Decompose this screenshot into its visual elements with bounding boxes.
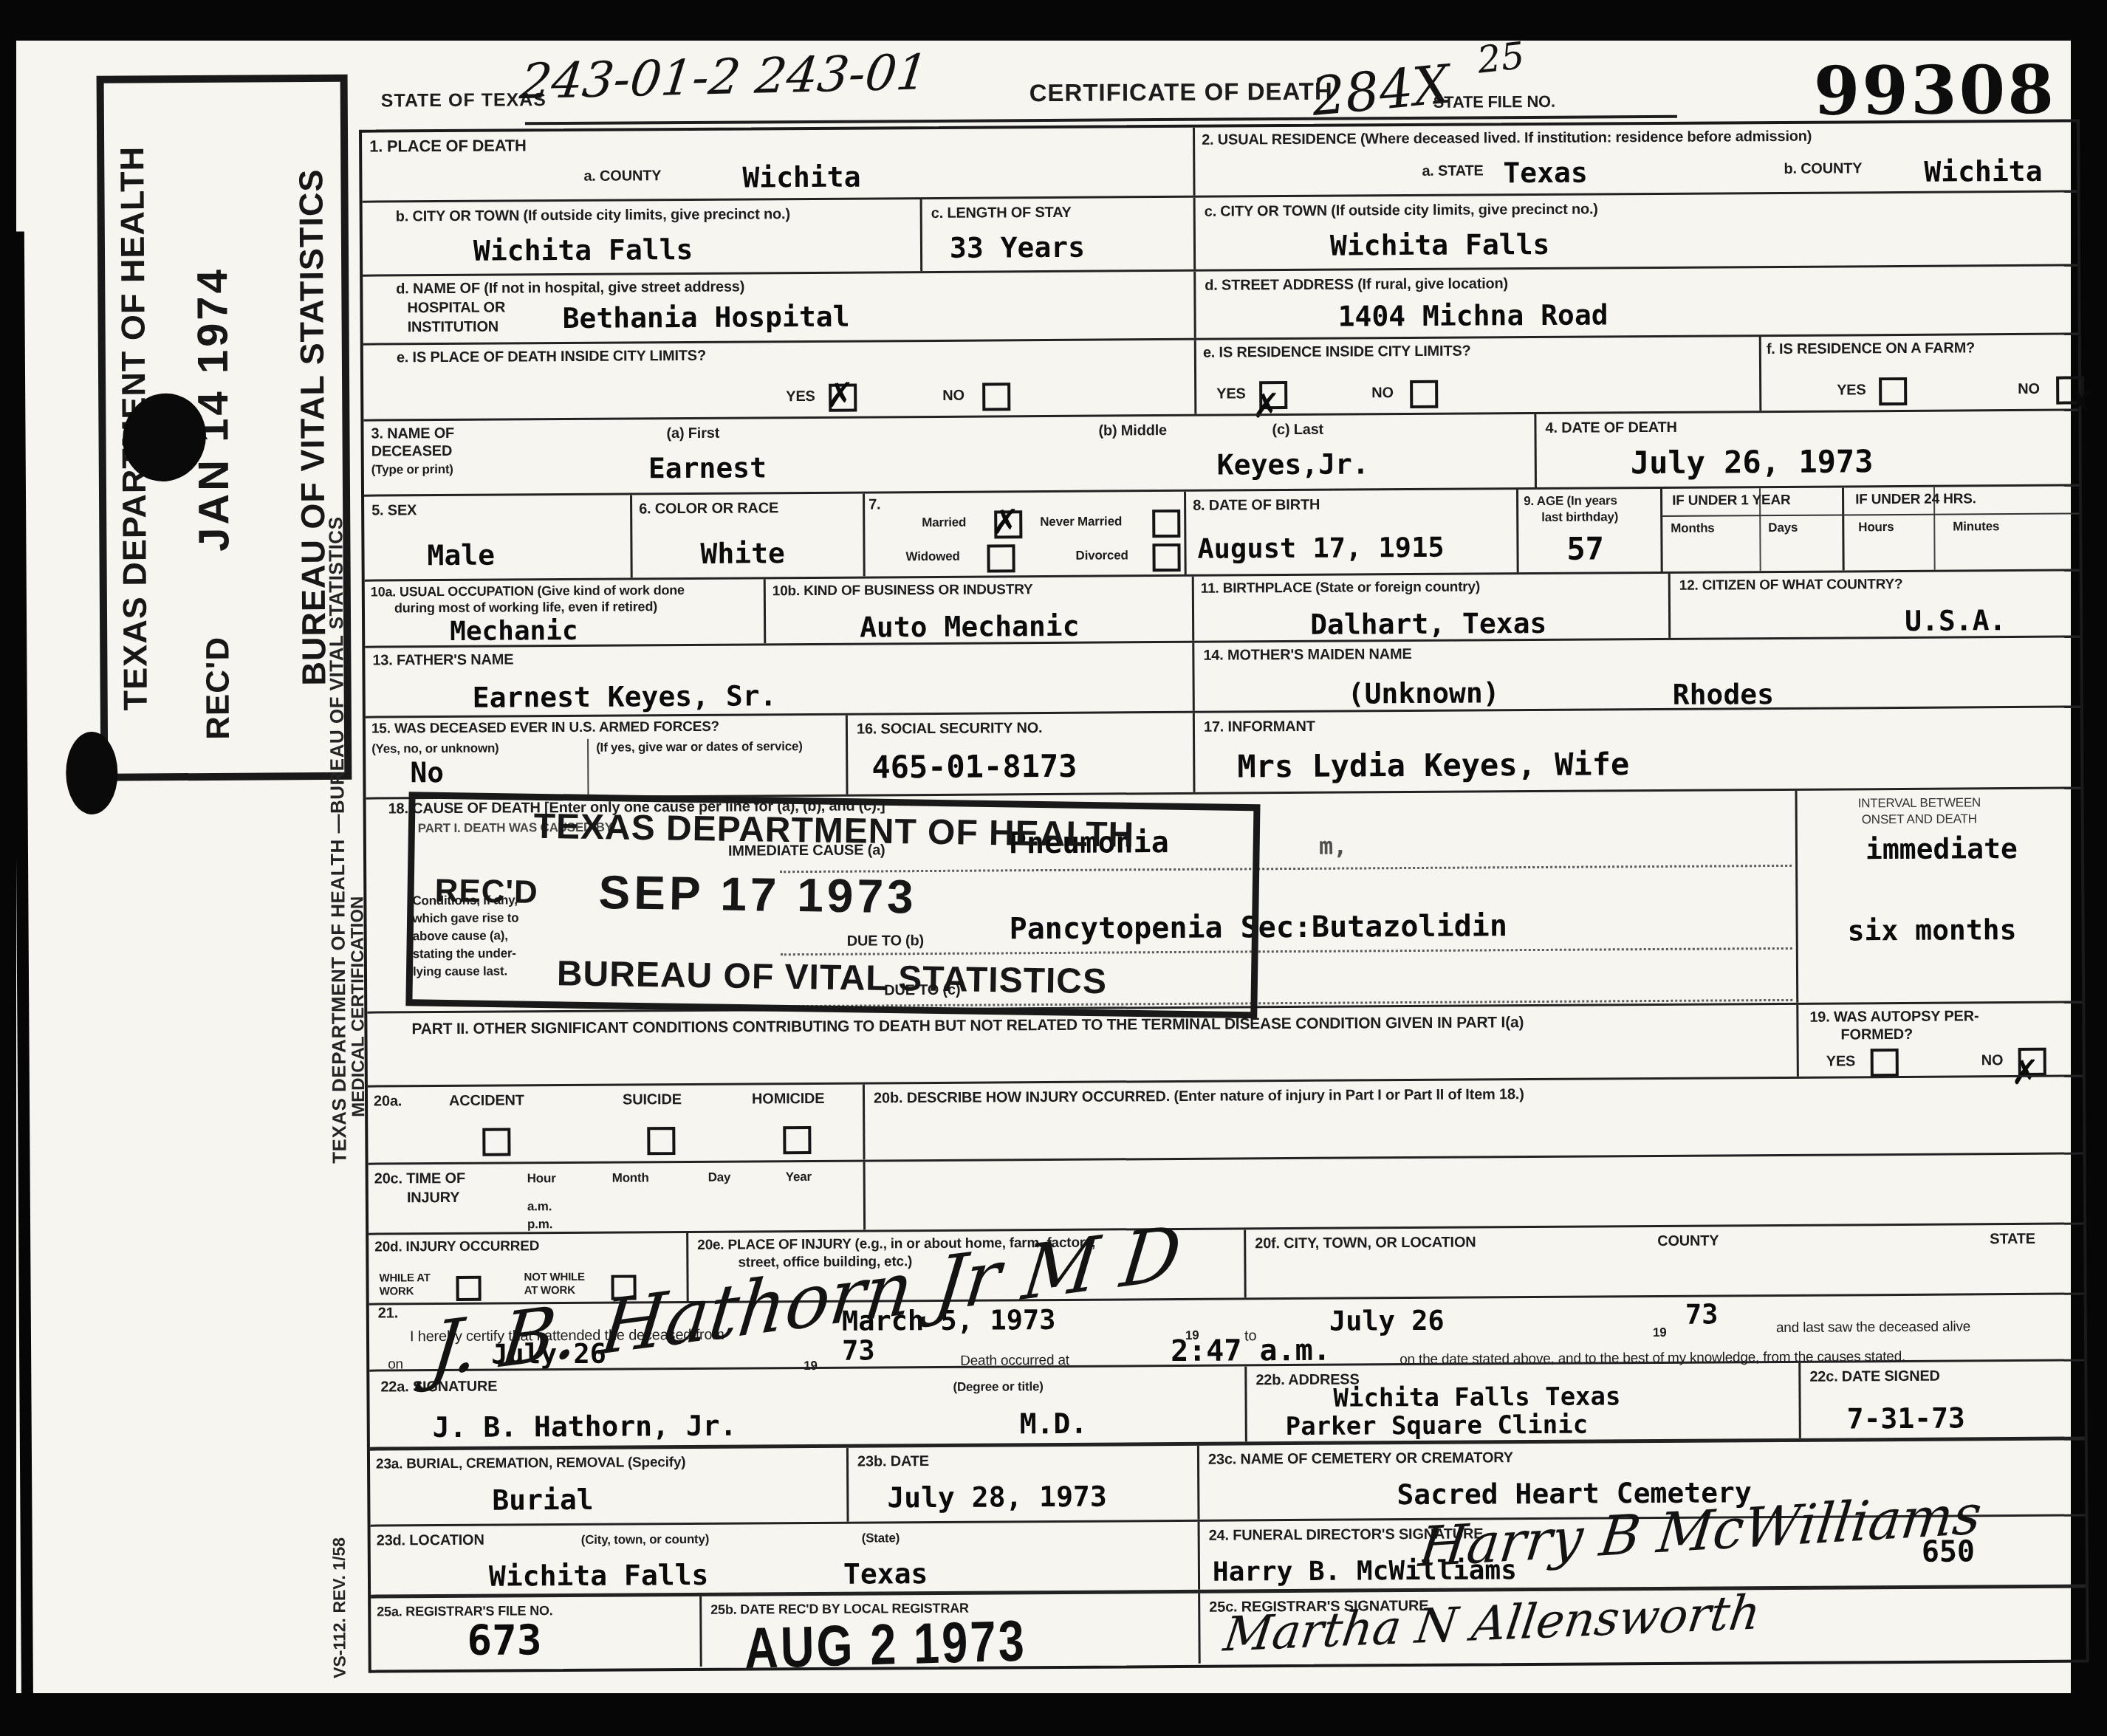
race-cell: 6. COLOR OR RACE White — [630, 494, 863, 578]
age-cell: 9. AGE (In years last birthday) 57 — [1516, 489, 1661, 572]
race-value: White — [700, 537, 785, 570]
last-name-label: (c) Last — [1272, 422, 1323, 439]
residence-limits-yes-label: YES — [1216, 385, 1246, 402]
accident-checkbox — [482, 1128, 510, 1156]
location-label: 23d. LOCATION — [377, 1532, 484, 1550]
residence-city-value: Wichita Falls — [1330, 228, 1550, 262]
age-label-2: last birthday) — [1541, 510, 1618, 525]
burial-label: 23a. BURIAL, CREMATION, REMOVAL (Specify… — [376, 1455, 685, 1473]
mother-cell: 14. MOTHER'S MAIDEN NAME (Unknown) Rhode… — [1192, 637, 2080, 710]
death-limits-yes-label: YES — [786, 388, 815, 405]
stamp-jan-recd: REC'D — [199, 637, 237, 740]
residence-cell: 2. USUAL RESIDENCE (Where deceased lived… — [1193, 122, 2077, 195]
farm-label: f. IS RESIDENCE ON A FARM? — [1767, 340, 1975, 358]
attended-to-year: 73 — [1685, 1298, 1719, 1330]
margin-caption: TEXAS DEPARTMENT OF HEALTH —BUREAU OF VI… — [324, 516, 351, 1164]
residence-city-label: c. CITY OR TOWN (If outside city limits,… — [1205, 201, 1598, 220]
death-city-label: b. CITY OR TOWN (If outside city limits,… — [396, 206, 790, 225]
cemetery-label: 23c. NAME OF CEMETERY OR CREMATORY — [1208, 1449, 1513, 1469]
registrar-date-cell: 25b. DATE REC'D BY LOCAL REGISTRAR AUG 2… — [699, 1593, 1199, 1667]
attended-to-value: July 26 — [1329, 1305, 1445, 1337]
location-city-value: Wichita Falls — [489, 1559, 709, 1593]
farm-yes-label: YES — [1837, 382, 1866, 399]
usual-residence-label: 2. USUAL RESIDENCE (Where deceased lived… — [1202, 128, 1812, 149]
row-20a-20b: 20a. ACCIDENT SUICIDE HOMICIDE 20b. DESC… — [368, 1074, 2083, 1162]
residence-city-cell: c. CITY OR TOWN (If outside city limits,… — [1193, 192, 2078, 269]
autopsy-yes-checkbox — [1871, 1049, 1899, 1077]
dob-label: 8. DATE OF BIRTH — [1193, 497, 1320, 515]
occupation-label-2: during most of working life, even if ret… — [394, 599, 657, 616]
while-at-label: WHILE AT — [379, 1272, 430, 1284]
hospital-label: d. NAME OF (If not in hospital, give str… — [396, 279, 744, 298]
burial-date-label: 23b. DATE — [857, 1453, 929, 1471]
divorced-label: Divorced — [1075, 548, 1128, 563]
check-mark: ✗ — [991, 501, 1020, 541]
length-of-stay-cell: c. LENGTH OF STAY 33 Years — [920, 198, 1194, 271]
widowed-label: Widowed — [905, 549, 959, 564]
row-parents: 13. FATHER'S NAME Earnest Keyes, Sr. 14.… — [365, 635, 2080, 716]
degree-value: M.D. — [1020, 1407, 1088, 1441]
place-of-death-label: 1. PLACE OF DEATH — [369, 136, 527, 156]
armed-forces-sub1: (Yes, no, or unknown) — [371, 741, 499, 757]
residence-county-value: Wichita — [1924, 155, 2042, 188]
industry-value: Auto Mechanic — [860, 610, 1080, 644]
residence-limits-no-checkbox — [1410, 380, 1438, 408]
cell-20f: 20f. CITY, TOWN, OR LOCATION COUNTY STAT… — [1244, 1224, 2084, 1297]
citizen-label: 12. CITIZEN OF WHAT COUNTRY? — [1679, 577, 1903, 594]
citizen-value: U.S.A. — [1905, 604, 2007, 637]
handwritten-codes: 243-01-2 243-01 — [517, 44, 931, 110]
form-number-caption: VS-112. REV. 1/58 — [329, 1537, 350, 1678]
autopsy-label-1: 19. WAS AUTOPSY PER- — [1809, 1008, 1978, 1026]
funeral-director-stray-number: 650 — [1922, 1534, 1976, 1568]
location-state-sub: (State) — [862, 1531, 900, 1545]
street-address-value: 1404 Michna Road — [1337, 298, 1608, 332]
county-value: Wichita — [742, 161, 860, 194]
mother-value-unknown: (Unknown) — [1348, 676, 1500, 710]
farm-cell: f. IS RESIDENCE ON A FARM? YES NO ✗ — [1759, 334, 2079, 411]
ssn-label: 16. SOCIAL SECURITY NO. — [857, 720, 1043, 738]
street-address-cell: d. STREET ADDRESS (If rural, give locati… — [1193, 266, 2078, 337]
registrar-date-stamp: AUG 2 1973 — [744, 1608, 1027, 1681]
interval-a-value: immediate — [1866, 832, 2018, 865]
under-1-year-cell: IF UNDER 1 YEAR Months Days — [1660, 487, 1843, 572]
cert-text-2: and last saw the deceased alive — [1776, 1319, 1970, 1337]
middle-name-label: (b) Middle — [1098, 422, 1167, 440]
label-20a: 20a. — [374, 1093, 402, 1110]
burial-date-value: July 28, 1973 — [887, 1481, 1107, 1514]
never-married-label: Never Married — [1040, 514, 1122, 529]
label-20b: 20b. DESCRIBE HOW INJURY OCCURRED. (Ente… — [874, 1086, 1524, 1107]
residence-limits-label: e. IS RESIDENCE INSIDE CITY LIMITS? — [1203, 343, 1471, 362]
residence-limits-no-label: NO — [1371, 385, 1394, 402]
minutes-label: Minutes — [1953, 519, 1999, 534]
stamp-sep-line1: TEXAS DEPARTMENT OF HEALTH — [415, 804, 1254, 857]
under-24-label: IF UNDER 24 HRS. — [1855, 491, 1976, 508]
label-20d: 20d. INJURY OCCURRED — [374, 1238, 539, 1255]
length-of-stay-value: 33 Years — [950, 231, 1085, 264]
row-forces-ssn: 15. WAS DECEASED EVER IN U.S. ARMED FORC… — [366, 705, 2081, 797]
cause-a-stray: m, — [1319, 832, 1348, 860]
cell-20b: 20b. DESCRIBE HOW INJURY OCCURRED. (Ente… — [863, 1077, 2083, 1159]
date-signed-cell: 22c. DATE SIGNED 7-31-73 — [1798, 1361, 2085, 1438]
age-label-1: 9. AGE (In years — [1524, 493, 1617, 509]
row-name-dod: 3. NAME OF DECEASED (Type or print) (a) … — [363, 408, 2079, 494]
address-line-1: Wichita Falls Texas — [1333, 1382, 1620, 1413]
autopsy-yes-label: YES — [1826, 1053, 1856, 1070]
length-of-stay-label: c. LENGTH OF STAY — [931, 205, 1072, 222]
divider — [587, 739, 589, 796]
year-label: Year — [786, 1170, 812, 1184]
father-value: Earnest Keyes, Sr. — [473, 679, 777, 714]
label-20f: 20f. CITY, TOWN, OR LOCATION — [1255, 1234, 1476, 1252]
death-limits-yes-checkbox: ✗ — [829, 384, 857, 412]
dod-label: 4. DATE OF DEATH — [1545, 419, 1676, 437]
first-name-label: (a) First — [666, 425, 719, 442]
autopsy-cell: 19. WAS AUTOPSY PER- FORMED? YES NO ✗ — [1796, 1003, 2083, 1076]
residence-state-value: Texas — [1503, 157, 1588, 190]
physician-typed-name: J. B. Hathorn, Jr. — [433, 1410, 737, 1444]
interval-b-value: six months — [1848, 913, 2017, 947]
widowed-checkbox — [987, 544, 1015, 572]
sex-label: 5. SEX — [371, 502, 417, 519]
industry-cell: 10b. KIND OF BUSINESS OR INDUSTRY Auto M… — [764, 577, 1193, 644]
received-stamp-sep: TEXAS DEPARTMENT OF HEALTH REC'D SEP 17 … — [405, 792, 1260, 1018]
accident-label: ACCIDENT — [449, 1092, 524, 1110]
hours-label: Hours — [1858, 520, 1894, 535]
marital-cell: 7. Married ✗ Never Married Widowed Divor… — [863, 492, 1185, 577]
industry-label: 10b. KIND OF BUSINESS OR INDUSTRY — [772, 582, 1033, 600]
registrar-file-value: 673 — [467, 1616, 542, 1665]
degree-label: (Degree or title) — [953, 1379, 1043, 1395]
pm-label: p.m. — [527, 1217, 552, 1232]
label-21: 21. — [378, 1305, 398, 1322]
subrule — [1660, 514, 1842, 517]
divorced-checkbox — [1152, 543, 1180, 572]
row-sex-race-dob: 5. SEX Male 6. COLOR OR RACE White 7. Ma… — [364, 484, 2080, 579]
armed-forces-label: 15. WAS DECEASED EVER IN U.S. ARMED FORC… — [371, 719, 719, 738]
months-label: Months — [1671, 521, 1714, 535]
dod-value: July 26, 1973 — [1631, 443, 1874, 481]
check-mark: ✗ — [826, 375, 854, 415]
dob-cell: 8. DATE OF BIRTH August 17, 1915 — [1184, 490, 1517, 574]
interval-label-1: INTERVAL BETWEEN — [1858, 795, 1981, 811]
injury-county-label: COUNTY — [1657, 1232, 1719, 1250]
dob-value: August 17, 1915 — [1197, 532, 1444, 565]
stamp-sep-recd: REC'D — [434, 873, 538, 911]
citizen-cell: 12. CITIZEN OF WHAT COUNTRY? U.S.A. — [1668, 571, 2080, 637]
residence-state-label: a. STATE — [1422, 162, 1483, 180]
burial-value: Burial — [492, 1483, 594, 1517]
state-file-no-label: STATE FILE NO. — [1433, 92, 1555, 112]
county-label: a. COUNTY — [583, 168, 661, 185]
divider — [863, 1162, 866, 1230]
mother-value-rhodes: Rhodes — [1673, 678, 1775, 711]
hospital-value: Bethania Hospital — [562, 301, 849, 334]
informant-value: Mrs Lydia Keyes, Wife — [1237, 746, 1629, 784]
physician-address-cell: 22b. ADDRESS Wichita Falls Texas Parker … — [1244, 1363, 1799, 1442]
interval-cell: INTERVAL BETWEEN ONSET AND DEATH immedia… — [1795, 789, 2083, 1002]
birthplace-label: 11. BIRTHPLACE (State or foreign country… — [1201, 579, 1480, 597]
hospital-label-2: HOSPITAL OR — [407, 299, 505, 317]
ssn-cell: 16. SOCIAL SECURITY NO. 465-01-8173 — [846, 713, 1193, 795]
farm-yes-checkbox — [1879, 377, 1907, 405]
date-signed-label: 22c. DATE SIGNED — [1809, 1368, 1940, 1386]
suicide-label: SUICIDE — [623, 1091, 682, 1108]
married-checkbox: ✗ — [994, 510, 1022, 538]
burial-date-cell: 23b. DATE July 28, 1973 — [846, 1446, 1198, 1522]
armed-forces-sub2: (If yes, give war or dates of service) — [596, 739, 803, 755]
subrule — [1842, 512, 2079, 515]
not-while-label: NOT WHILE — [524, 1271, 584, 1284]
row-place-residence: 1. PLACE OF DEATH a. COUNTY Wichita 2. U… — [362, 122, 2077, 200]
autopsy-no-checkbox: ✗ — [2018, 1048, 2046, 1076]
handwritten-note-2: 25 — [1475, 34, 1527, 82]
death-limits-label: e. IS PLACE OF DEATH INSIDE CITY LIMITS? — [397, 348, 706, 367]
row-physician: 22a. SIGNATURE J. B. Hathorn, Jr. (Degre… — [369, 1359, 2085, 1447]
name-label-1: 3. NAME OF — [371, 425, 454, 443]
hospital-label-3: INSTITUTION — [408, 319, 499, 337]
am-label: a.m. — [527, 1199, 552, 1214]
scan-edge-streak — [13, 231, 33, 1708]
row-city: b. CITY OR TOWN (If outside city limits,… — [363, 190, 2078, 274]
cert-19b: 19 — [1653, 1325, 1667, 1340]
work-label: WORK — [380, 1285, 414, 1297]
married-label: Married — [922, 515, 966, 530]
suicide-checkbox — [647, 1127, 675, 1155]
label-20c-2: INJURY — [407, 1190, 460, 1207]
stamp-sep-line3: BUREAU OF VITAL STATISTICS — [413, 951, 1252, 1004]
death-city-value: Wichita Falls — [473, 233, 693, 267]
marital-label: 7. — [869, 496, 880, 513]
month-label: Month — [612, 1170, 649, 1185]
birthplace-value: Dalhart, Texas — [1310, 607, 1547, 641]
hour-label: Hour — [527, 1171, 556, 1186]
hole-punch-mark — [66, 732, 118, 814]
father-label: 13. FATHER'S NAME — [372, 651, 513, 669]
farm-no-label: NO — [2018, 381, 2040, 398]
under-24-cell: IF UNDER 24 HRS. Hours Minutes — [1842, 486, 2080, 570]
informant-label: 17. INFORMANT — [1204, 718, 1315, 736]
certificate-title: CERTIFICATE OF DEATH — [1029, 78, 1333, 108]
residence-limits-cell: e. IS RESIDENCE INSIDE CITY LIMITS? YES … — [1194, 337, 1760, 414]
autopsy-label-2: FORMED? — [1840, 1026, 1913, 1044]
informant-cell: 17. INFORMANT Mrs Lydia Keyes, Wife — [1193, 707, 2081, 792]
row-occupation: 10a. USUAL OCCUPATION (Give kind of work… — [365, 569, 2080, 645]
residence-county-label: b. COUNTY — [1784, 160, 1862, 178]
while-at-work-checkbox — [456, 1276, 481, 1301]
occupation-label-1: 10a. USUAL OCCUPATION (Give kind of work… — [371, 583, 685, 600]
first-name-value: Earnest — [648, 451, 767, 484]
row-20c: 20c. TIME OF INJURY Hour Month Day Year … — [369, 1152, 2084, 1232]
scan-tilt-wrapper: STATE OF TEXAS 243-01-2 243-01 CERTIFICA… — [11, 35, 2076, 1700]
certificate-page: STATE OF TEXAS 243-01-2 243-01 CERTIFICA… — [16, 41, 2071, 1693]
birthplace-cell: 11. BIRTHPLACE (State or foreign country… — [1192, 574, 1669, 641]
location-city-sub: (City, town, or county) — [581, 1532, 710, 1548]
occupation-value: Mechanic — [450, 616, 578, 647]
injury-state-label: STATE — [1990, 1231, 2035, 1248]
part2-label: PART II. OTHER SIGNIFICANT CONDITIONS CO… — [411, 1012, 1770, 1038]
death-limits-no-checkbox — [982, 382, 1010, 411]
residence-limits-yes-checkbox: ✗ — [1259, 381, 1287, 409]
never-married-checkbox — [1152, 510, 1180, 538]
mother-label: 14. MOTHER'S MAIDEN NAME — [1203, 646, 1411, 665]
street-address-label: d. STREET ADDRESS (If rural, give locati… — [1205, 275, 1508, 295]
row-hospital-address: d. NAME OF (If not in hospital, give str… — [363, 264, 2078, 343]
location-state-value: Texas — [843, 1557, 928, 1591]
farm-no-checkbox: ✗ — [2056, 376, 2084, 404]
days-label: Days — [1768, 521, 1798, 535]
day-label: Day — [708, 1170, 731, 1185]
under-1-year-label: IF UNDER 1 YEAR — [1672, 493, 1790, 510]
age-value: 57 — [1566, 530, 1604, 566]
last-name-value: Keyes,Jr. — [1217, 447, 1369, 481]
armed-forces-value: No — [410, 756, 444, 789]
row-city-limits: e. IS PLACE OF DEATH INSIDE CITY LIMITS?… — [363, 332, 2079, 419]
label-20c-1: 20c. TIME OF — [374, 1170, 465, 1188]
race-label: 6. COLOR OR RACE — [639, 500, 778, 518]
date-signed-value: 7-31-73 — [1847, 1402, 1965, 1435]
homicide-label: HOMICIDE — [752, 1091, 825, 1108]
death-limits-no-label: NO — [942, 388, 965, 405]
name-label-3: (Type or print) — [371, 462, 453, 478]
autopsy-no-label: NO — [1981, 1052, 2004, 1069]
homicide-checkbox — [783, 1126, 811, 1154]
sex-value: Male — [427, 539, 495, 572]
name-label-2: DECEASED — [371, 443, 453, 461]
address-line-2: Parker Square Clinic — [1286, 1410, 1589, 1442]
interval-label-2: ONSET AND DEATH — [1862, 812, 1977, 827]
ssn-value: 465-01-8173 — [871, 748, 1077, 786]
dod-cell: 4. DATE OF DEATH July 26, 1973 — [1534, 411, 2079, 487]
certificate-form: 1. PLACE OF DEATH a. COUNTY Wichita 2. U… — [359, 119, 2089, 1672]
state-file-number: 99308 — [1813, 51, 2056, 131]
stamp-sep-date: SEP 17 1973 — [598, 865, 917, 924]
